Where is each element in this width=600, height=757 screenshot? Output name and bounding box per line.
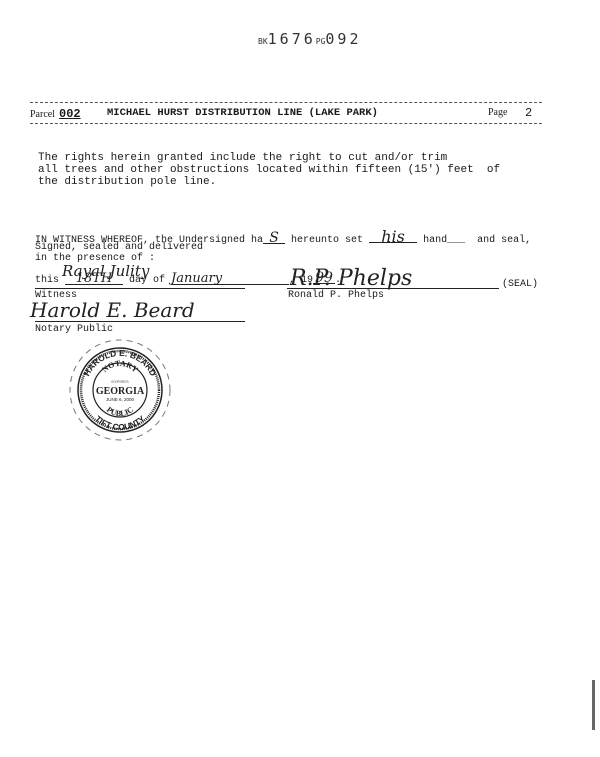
scan-edge-artifact xyxy=(592,680,595,730)
paragraph-line: all trees and other obstructions located… xyxy=(38,164,500,176)
header-top-divider xyxy=(30,102,542,103)
notary-signature-line xyxy=(35,321,245,322)
parcel-number: 002 xyxy=(59,107,81,121)
document-title: MICHAEL HURST DISTRIBUTION LINE (LAKE PA… xyxy=(107,107,378,119)
svg-text:GEORGIA: GEORGIA xyxy=(96,386,145,397)
page-ref-number: 092 xyxy=(325,30,361,48)
book-number: 1676 xyxy=(268,30,316,48)
header-bottom-divider xyxy=(30,123,542,124)
signed-line: Signed, sealed and delivered xyxy=(35,242,203,253)
witness-signature-line xyxy=(35,288,245,289)
svg-text:EXPIRES: EXPIRES xyxy=(111,379,129,384)
page-label: Page xyxy=(488,107,507,118)
witness-text: this xyxy=(35,275,65,286)
seal-label: (SEAL) xyxy=(502,279,538,290)
witness-text: hand___ and seal, xyxy=(417,235,531,246)
svg-text:NOTARY: NOTARY xyxy=(100,359,140,375)
notary-seal-icon: HAROLD E. BEARD TIFT COUNTY NOTARY PUBLI… xyxy=(68,338,173,443)
notary-label: Notary Public xyxy=(35,324,113,335)
has-fill: S xyxy=(263,233,285,244)
parcel-label: Parcel xyxy=(30,109,55,120)
paragraph-line: the distribution pole line. xyxy=(38,176,500,188)
svg-text:PUBLIC: PUBLIC xyxy=(105,405,135,418)
notary-signature: Harold E. Beard xyxy=(30,298,195,322)
page-ref-label: PG xyxy=(316,37,326,46)
document-header: Parcel002 MICHAEL HURST DISTRIBUTION LIN… xyxy=(30,107,542,121)
pronoun-fill: his xyxy=(369,232,417,243)
book-label: BK xyxy=(258,37,268,46)
notary-seal: HAROLD E. BEARD TIFT COUNTY NOTARY PUBLI… xyxy=(68,338,173,443)
rights-paragraph: The rights herein granted include the ri… xyxy=(38,152,500,188)
page-number: 2 xyxy=(525,106,532,120)
paragraph-line: The rights herein granted include the ri… xyxy=(38,152,500,164)
month-fill: January xyxy=(171,274,289,285)
signed-in-presence: Signed, sealed and deliveredin the prese… xyxy=(35,242,203,264)
book-page-reference: BK1676PG092 xyxy=(258,30,362,48)
grantor-name: Ronald P. Phelps xyxy=(288,290,384,301)
witness-text: hereunto set xyxy=(285,235,369,246)
svg-text:JUNE 6, 2000: JUNE 6, 2000 xyxy=(106,397,135,402)
witness-signature: Rayal Julity xyxy=(62,262,149,280)
grantor-signature-line xyxy=(287,288,499,289)
